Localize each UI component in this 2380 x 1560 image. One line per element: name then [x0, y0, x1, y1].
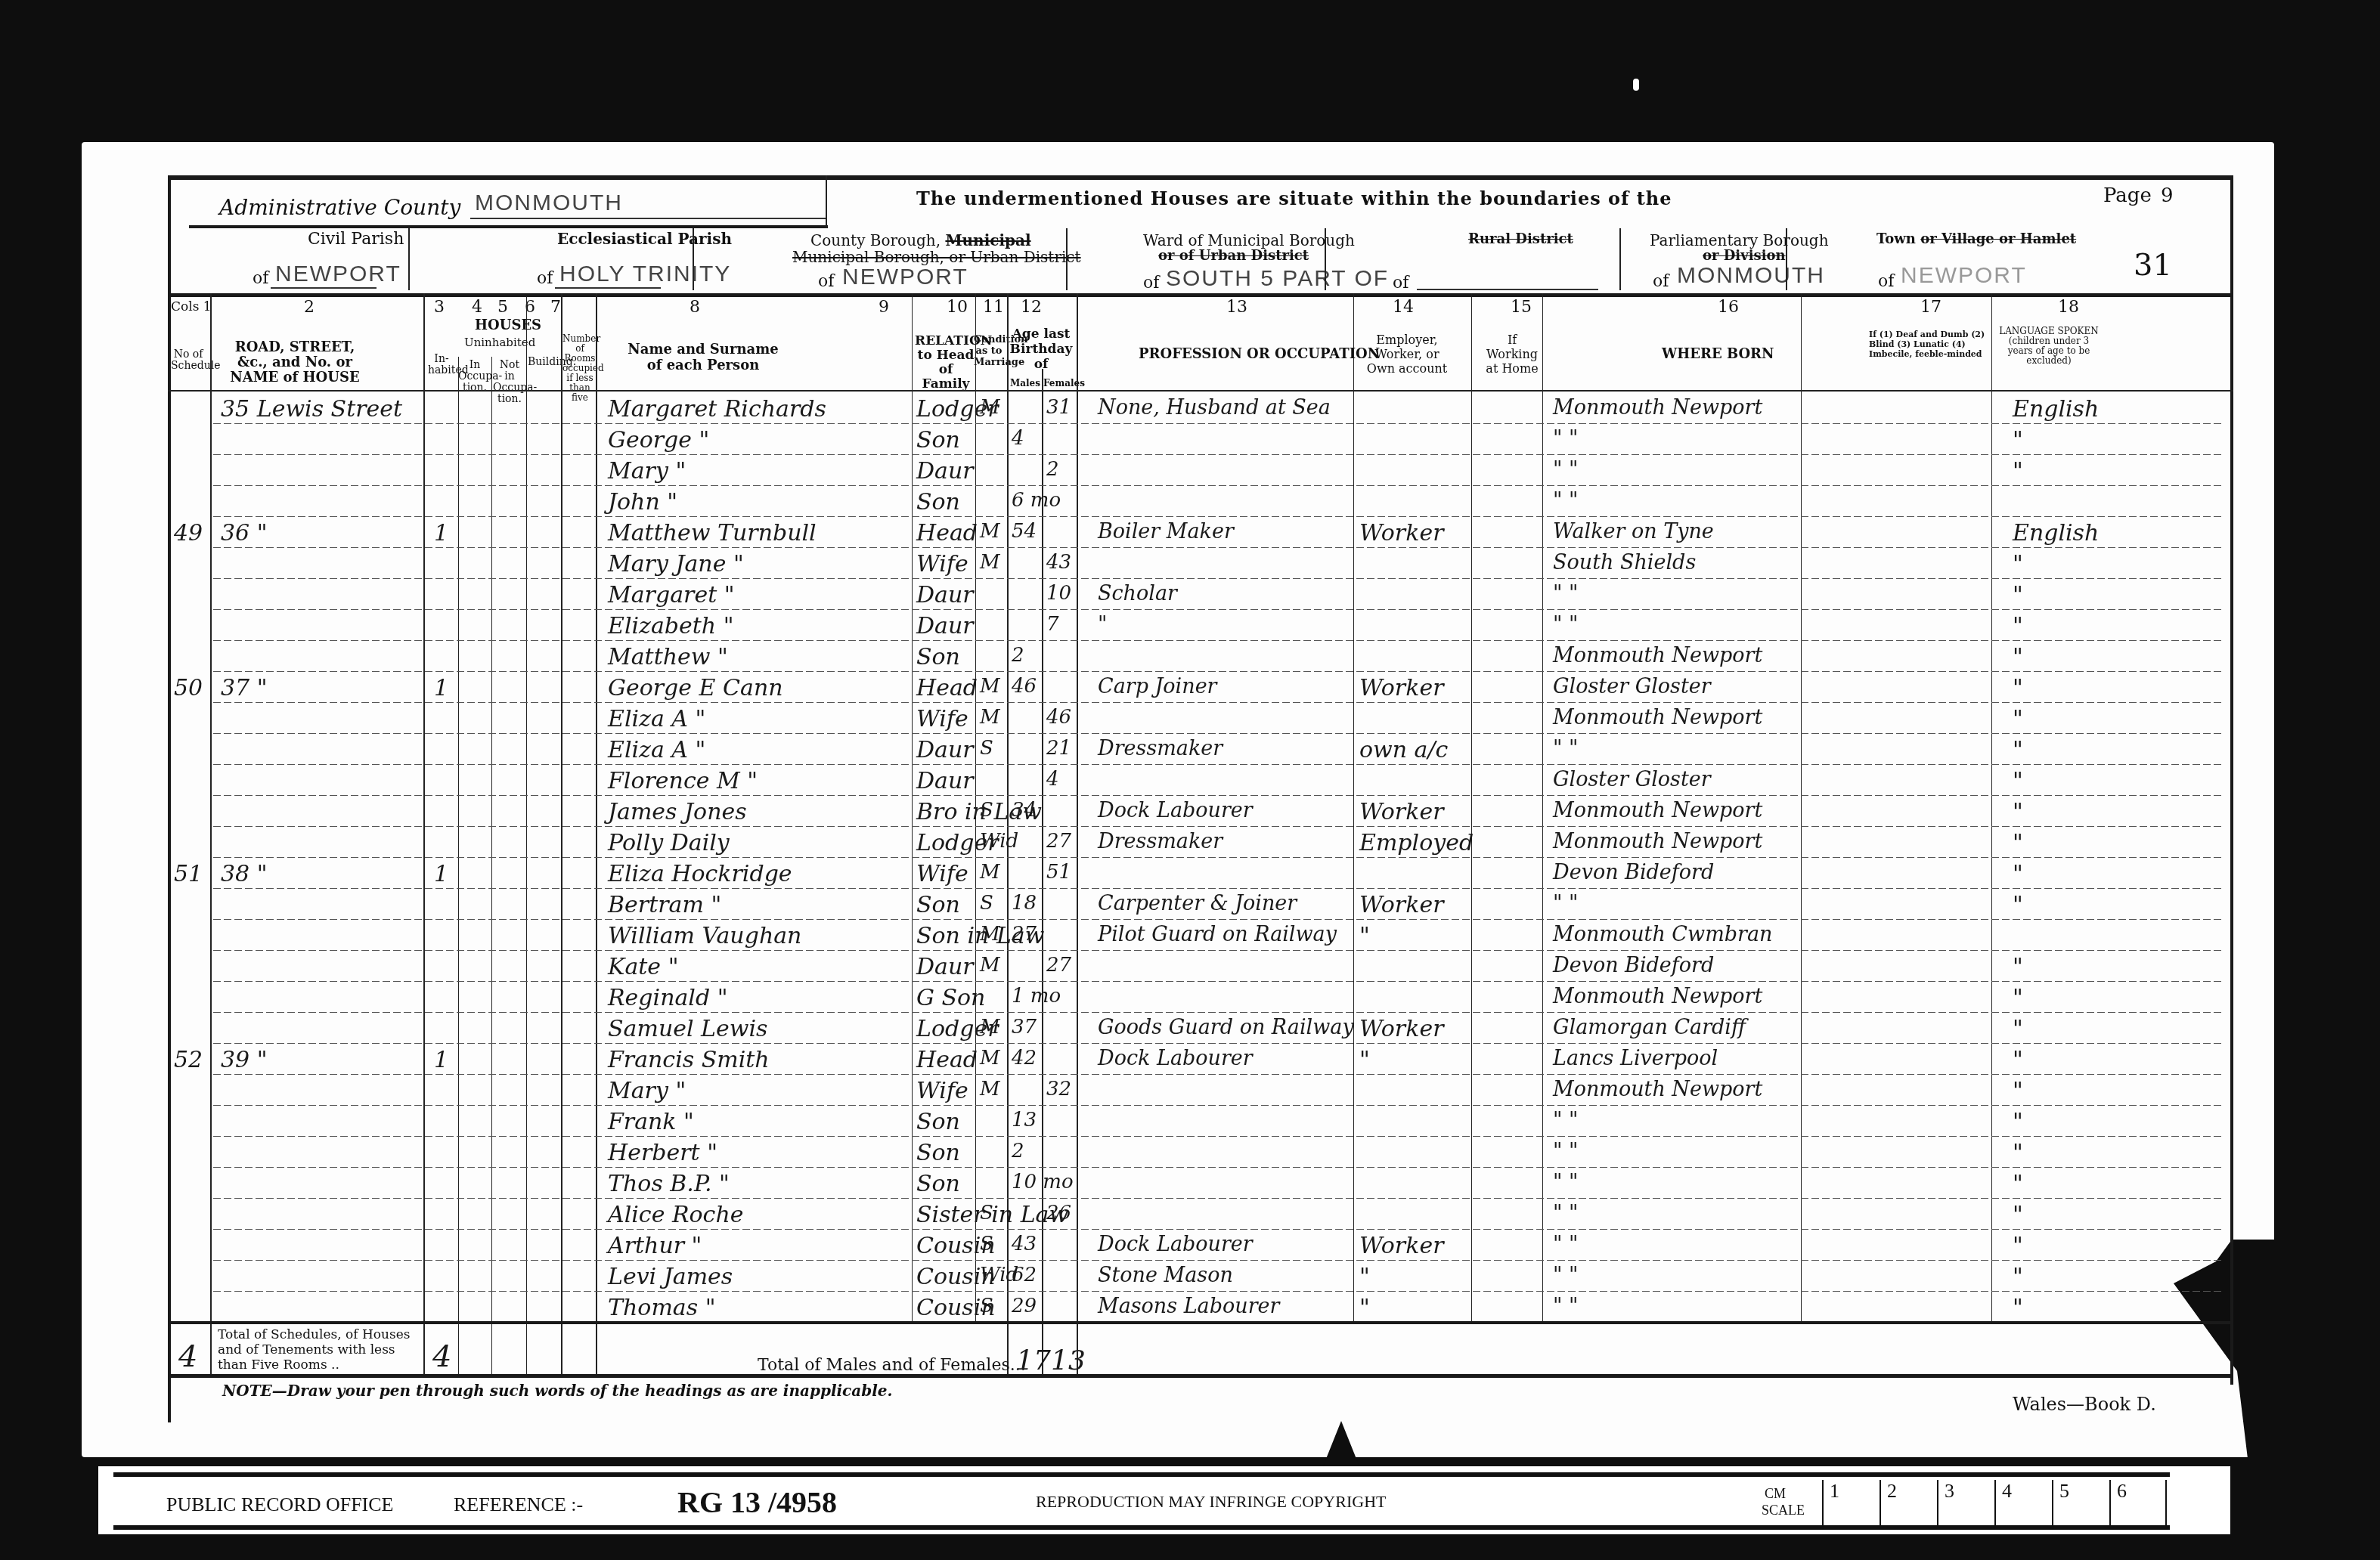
person-name: Thomas " — [608, 1295, 715, 1321]
relation: G Son — [916, 985, 985, 1011]
table-row: Bertram "SonS18Carpenter & JoinerWorker"… — [168, 889, 2233, 920]
ward-label: Ward of Municipal Borough — [1143, 231, 1355, 249]
birthplace: " " — [1553, 427, 1578, 450]
relation: Son — [916, 1171, 960, 1197]
relation: Son — [916, 489, 960, 515]
col-age-header: Age last Birthday of — [1007, 327, 1075, 372]
census-form: Administrative County MONMOUTH The under… — [168, 175, 2233, 1422]
inhabited-count: 1 — [434, 1047, 448, 1073]
language: " — [2013, 551, 2023, 577]
birthplace: Monmouth Newport — [1553, 706, 1762, 729]
admin-county-value: MONMOUTH — [475, 190, 623, 216]
language: English — [2013, 396, 2099, 422]
table-row: Samuel LewisLodgerM37Goods Guard on Rail… — [168, 1013, 2233, 1044]
ward-value: SOUTH 5 PART OF — [1166, 266, 1389, 292]
relation: Wife — [916, 861, 968, 887]
occupation: Dressmaker — [1098, 830, 1223, 853]
birthplace: Monmouth Newport — [1553, 1078, 1762, 1101]
male-age: 13 — [1012, 1109, 1037, 1131]
female-age: 21 — [1046, 737, 1071, 760]
person-name: Polly Daily — [608, 830, 730, 856]
table-row: James JonesBro in LawS34Dock LabourerWor… — [168, 796, 2233, 827]
birthplace: " " — [1553, 1295, 1578, 1318]
marital-condition: M — [980, 1016, 1000, 1038]
language: " — [2013, 954, 2023, 980]
table-row: Thomas "CousinS29Masons Labourer"" "" — [168, 1292, 2233, 1323]
birthplace: " " — [1553, 1233, 1578, 1256]
female-age: 26 — [1046, 1202, 1071, 1224]
col-address-header: ROAD, STREET, &c., and No. or NAME of HO… — [221, 340, 369, 385]
person-name: Eliza Hockridge — [608, 861, 792, 887]
male-age: 42 — [1012, 1047, 1037, 1069]
col-employment-header: Employer, Worker, or Own account — [1365, 333, 1449, 376]
marital-condition: M — [980, 675, 1000, 698]
birthplace: Monmouth Newport — [1553, 396, 1762, 419]
person-name: Eliza A " — [608, 737, 705, 763]
table-row: Arthur "CousinS43Dock LabourerWorker" "" — [168, 1230, 2233, 1261]
person-name: George E Cann — [608, 675, 783, 701]
table-row: Eliza A "WifeM46Monmouth Newport" — [168, 703, 2233, 734]
rural-district-label: Rural District — [1468, 231, 1573, 247]
person-name: James Jones — [608, 799, 747, 825]
birthplace: " " — [1553, 489, 1578, 512]
employment-status: Worker — [1359, 1233, 1443, 1259]
occupation: Dock Labourer — [1098, 1233, 1253, 1256]
male-age: 34 — [1012, 799, 1037, 822]
person-name: Bertram " — [608, 892, 721, 918]
table-row: Thos B.P. "Son10 mo" "" — [168, 1168, 2233, 1199]
person-name: Francis Smith — [608, 1047, 770, 1073]
instruction-note: NOTE—Draw your pen through such words of… — [222, 1382, 893, 1400]
language: " — [2013, 675, 2023, 701]
scale-tick-5: 5 — [2052, 1480, 2109, 1525]
male-age: 27 — [1012, 923, 1037, 946]
relation: Daur — [916, 582, 974, 608]
employment-status: " — [1359, 1295, 1370, 1321]
female-age: 32 — [1046, 1078, 1071, 1100]
relation: Son — [916, 1109, 960, 1135]
language: " — [2013, 1078, 2023, 1104]
table-row: 5037 "1George E CannHeadM46Carp JoinerWo… — [168, 672, 2233, 703]
schedule-number: 49 — [174, 520, 203, 546]
occupation: Carpenter & Joiner — [1098, 892, 1297, 915]
scan-artifact — [1633, 79, 1639, 91]
female-age: 7 — [1046, 613, 1059, 636]
ecclesiastical-parish-value: HOLY TRINITY — [559, 262, 731, 287]
scale-tick-4: 4 — [1994, 1480, 2052, 1525]
birthplace: " " — [1553, 582, 1578, 605]
language: " — [2013, 1233, 2023, 1259]
inhabited-count: 1 — [434, 675, 448, 701]
table-row: Kate "DaurM27Devon Bideford" — [168, 951, 2233, 982]
marital-condition: M — [980, 520, 1000, 543]
female-age: 43 — [1046, 551, 1071, 574]
male-age: 18 — [1012, 892, 1037, 915]
birthplace: " " — [1553, 1202, 1578, 1225]
birthplace: " " — [1553, 1140, 1578, 1163]
table-row: Mary "WifeM32Monmouth Newport" — [168, 1075, 2233, 1106]
occupation: Stone Mason — [1098, 1264, 1233, 1287]
table-row: Polly DailyLodgerWid27DressmakerEmployed… — [168, 827, 2233, 858]
address: 36 " — [221, 520, 268, 546]
language: " — [2013, 1295, 2023, 1321]
employment-status: " — [1359, 923, 1370, 949]
scale-tick-3: 3 — [1937, 1480, 1994, 1525]
female-age: 27 — [1046, 954, 1071, 977]
col-houses-header: HOUSES — [475, 317, 541, 333]
person-name: Florence M " — [608, 768, 758, 794]
parliamentary-borough-label: Parliamentary Borough — [1650, 231, 1829, 249]
table-row: Levi JamesCousinWid62Stone Mason"" "" — [168, 1261, 2233, 1292]
birthplace: Gloster Gloster — [1553, 675, 1711, 698]
marital-condition: M — [980, 1047, 1000, 1069]
schedule-number: 50 — [174, 675, 203, 701]
relation: Wife — [916, 551, 968, 577]
birthplace: Gloster Gloster — [1553, 768, 1711, 791]
inhabited-count: 1 — [434, 861, 448, 887]
male-age: 2 — [1012, 644, 1024, 667]
female-age: 27 — [1046, 830, 1071, 853]
male-age: 62 — [1012, 1264, 1037, 1286]
birthplace: Monmouth Newport — [1553, 830, 1762, 853]
person-name: Levi James — [608, 1264, 733, 1290]
person-name: Mary " — [608, 1078, 686, 1104]
person-name: Matthew " — [608, 644, 728, 670]
females-total: 13 — [1051, 1345, 1086, 1376]
language: " — [2013, 830, 2023, 856]
employment-status: Worker — [1359, 892, 1443, 918]
person-name: Kate " — [608, 954, 678, 980]
person-name: Alice Roche — [608, 1202, 743, 1228]
marital-condition: M — [980, 706, 1000, 729]
town-label: Town or Village or Hamlet — [1876, 231, 2076, 247]
person-name: Margaret " — [608, 582, 735, 608]
col-born-header: WHERE BORN — [1662, 346, 1774, 362]
scale-tick-1: 1 — [1822, 1480, 1880, 1525]
occupation: Pilot Guard on Railway — [1098, 923, 1337, 946]
relation: Daur — [916, 768, 974, 794]
birthplace: " " — [1553, 892, 1578, 915]
parliamentary-borough-value: MONMOUTH — [1677, 263, 1825, 289]
relation: Son — [916, 892, 960, 918]
male-age: 43 — [1012, 1233, 1037, 1255]
intro-text: The undermentioned Houses are situate wi… — [916, 187, 1672, 209]
book-label: Wales—Book D. — [2013, 1394, 2156, 1415]
male-age: 29 — [1012, 1295, 1037, 1317]
table-row: 4936 "1Matthew TurnbullHeadM54Boiler Mak… — [168, 517, 2233, 548]
relation: Daur — [916, 954, 974, 980]
person-name: Herbert " — [608, 1140, 717, 1166]
town-value: NEWPORT — [1901, 263, 2027, 289]
person-name: Samuel Lewis — [608, 1016, 767, 1042]
birthplace: Glamorgan Cardiff — [1553, 1016, 1746, 1039]
male-age: 6 mo — [1012, 489, 1061, 512]
birthplace: Devon Bideford — [1553, 954, 1714, 977]
language: " — [2013, 892, 2023, 918]
relation: Head — [916, 1047, 978, 1073]
birthplace: Lancs Liverpool — [1553, 1047, 1718, 1070]
males-total: 17 — [1016, 1345, 1051, 1376]
ecclesiastical-parish-label: Ecclesiastical Parish — [557, 230, 732, 248]
birthplace: " " — [1553, 613, 1578, 636]
relation: Daur — [916, 613, 974, 639]
occupation: Dock Labourer — [1098, 1047, 1253, 1070]
language: " — [2013, 799, 2023, 825]
copyright-notice: REPRODUCTION MAY INFRINGE COPYRIGHT — [1036, 1492, 1386, 1512]
language: " — [2013, 1202, 2023, 1228]
birthplace: Monmouth Newport — [1553, 644, 1762, 667]
language: " — [2013, 737, 2023, 763]
schedule-number: 52 — [174, 1047, 203, 1073]
marital-condition: S — [980, 737, 993, 760]
table-row: 35 Lewis StreetMargaret RichardsLodgerM3… — [168, 393, 2233, 424]
marital-condition: M — [980, 396, 1000, 419]
language: " — [2013, 613, 2023, 639]
marital-condition: M — [980, 551, 1000, 574]
col-condition-header: Condition as to Marriage — [974, 334, 1004, 368]
employment-status: Employed — [1359, 830, 1474, 856]
employment-status: Worker — [1359, 1016, 1443, 1042]
relation: Head — [916, 675, 978, 701]
language: " — [2013, 1171, 2023, 1197]
table-row: Matthew "Son2Monmouth Newport" — [168, 641, 2233, 672]
civil-parish-value: NEWPORT — [275, 262, 401, 287]
schedules-total: 4 — [178, 1339, 197, 1374]
col-relation-header: RELATION to Head of Family — [915, 334, 977, 392]
person-name: Frank " — [608, 1109, 694, 1135]
person-name: Arthur " — [608, 1233, 702, 1259]
table-row: Florence M "Daur4Gloster Gloster" — [168, 765, 2233, 796]
birthplace: " " — [1553, 737, 1578, 760]
person-name: Margaret Richards — [608, 396, 826, 422]
table-row: Mary Jane "WifeM43South Shields" — [168, 548, 2233, 579]
language: " — [2013, 861, 2023, 887]
language: " — [2013, 1140, 2023, 1166]
language: " — [2013, 458, 2023, 484]
language: " — [2013, 985, 2023, 1011]
address: 37 " — [221, 675, 268, 701]
record-office-label: PUBLIC RECORD OFFICE — [166, 1493, 394, 1516]
admin-county-label: Administrative County — [219, 195, 460, 220]
occupation: Dressmaker — [1098, 737, 1223, 760]
male-age: 1 mo — [1012, 985, 1061, 1007]
table-row: Mary "Daur2" "" — [168, 455, 2233, 486]
person-name: Thos B.P. " — [608, 1171, 730, 1197]
marital-condition: S — [980, 892, 993, 915]
col-infirmity-header: If (1) Deaf and Dumb (2) Blind (3) Lunat… — [1869, 330, 2005, 359]
inhabited-count: 1 — [434, 520, 448, 546]
marital-condition: S — [980, 799, 993, 822]
employment-status: Worker — [1359, 520, 1443, 546]
person-name: George " — [608, 427, 709, 453]
person-name: Mary " — [608, 458, 686, 484]
birthplace: " " — [1553, 1171, 1578, 1194]
page-number: 9 — [2161, 184, 2174, 207]
marital-condition: S — [980, 1233, 993, 1255]
occupation: Boiler Maker — [1098, 520, 1234, 543]
birthplace: South Shields — [1553, 551, 1696, 574]
person-name: Reginald " — [608, 985, 727, 1011]
col-schedule-header: No of Schedule — [171, 349, 206, 372]
female-age: 31 — [1046, 396, 1071, 419]
table-row: Eliza A "DaurS21Dressmakerown a/c" "" — [168, 734, 2233, 765]
table-row: Margaret "Daur10Scholar" "" — [168, 579, 2233, 610]
table-row: Herbert "Son2" "" — [168, 1137, 2233, 1168]
relation: Wife — [916, 706, 968, 732]
birthplace: Monmouth Newport — [1553, 799, 1762, 822]
marital-condition: M — [980, 954, 1000, 977]
civil-parish-label: Civil Parish — [308, 230, 404, 249]
birthplace: Walker on Tyne — [1553, 520, 1714, 543]
language: " — [2013, 706, 2023, 732]
marital-condition: S — [980, 1295, 993, 1317]
table-row: George "Son4" "" — [168, 424, 2233, 455]
occupation: Goods Guard on Railway — [1098, 1016, 1354, 1039]
person-name: John " — [608, 489, 677, 515]
occupation: None, Husband at Sea — [1098, 396, 1331, 419]
table-row: John "Son6 mo" " — [168, 486, 2233, 517]
relation: Head — [916, 520, 978, 546]
language: " — [2013, 1016, 2023, 1042]
employment-status: " — [1359, 1047, 1370, 1073]
birthplace: Devon Bideford — [1553, 861, 1714, 884]
male-age: 4 — [1012, 427, 1024, 450]
marital-condition: M — [980, 923, 1000, 946]
person-name: Eliza A " — [608, 706, 705, 732]
employment-status: Worker — [1359, 799, 1443, 825]
page-label: Page — [2103, 184, 2152, 207]
schedule-number: 51 — [174, 861, 203, 887]
language: " — [2013, 427, 2023, 453]
col-name-header: Name and Surname of each Person — [620, 342, 786, 373]
occupation: Dock Labourer — [1098, 799, 1253, 822]
language: English — [2013, 520, 2099, 546]
birthplace: Monmouth Cwmbran — [1553, 923, 1772, 946]
schedules-total-label: Total of Schedules, of Houses and of Ten… — [218, 1327, 416, 1373]
male-age: 46 — [1012, 675, 1037, 698]
marital-condition: Wid — [980, 830, 1018, 853]
language: " — [2013, 1264, 2023, 1290]
reference-label: REFERENCE :- — [454, 1493, 583, 1516]
female-age: 51 — [1046, 861, 1071, 884]
occupation: " — [1098, 613, 1107, 636]
marital-condition: S — [980, 1202, 993, 1224]
male-age: 37 — [1012, 1016, 1037, 1038]
birthplace: Monmouth Newport — [1553, 985, 1762, 1008]
relation: Son — [916, 1140, 960, 1166]
table-row: Alice RocheSister in LawS26" "" — [168, 1199, 2233, 1230]
address: 38 " — [221, 861, 268, 887]
language: " — [2013, 582, 2023, 608]
relation: Wife — [916, 1078, 968, 1104]
reference-value: RG 13 /4958 — [677, 1484, 837, 1520]
person-name: Matthew Turnbull — [608, 520, 817, 546]
table-row: 5138 "1Eliza HockridgeWifeM51Devon Bidef… — [168, 858, 2233, 889]
male-age: 54 — [1012, 520, 1037, 543]
person-name: William Vaughan — [608, 923, 801, 949]
employment-status: own a/c — [1359, 737, 1448, 763]
houses-total: 4 — [432, 1339, 451, 1374]
female-age: 46 — [1046, 706, 1071, 729]
county-borough-value: NEWPORT — [842, 265, 968, 290]
relation: Son — [916, 644, 960, 670]
males-females-total-label: Total of Males and of Females... — [758, 1356, 1026, 1375]
occupation: Carp Joiner — [1098, 675, 1217, 698]
person-name: Mary Jane " — [608, 551, 744, 577]
language: " — [2013, 1109, 2023, 1135]
scale-tick-6: 6 — [2109, 1480, 2167, 1525]
employment-status: Worker — [1359, 675, 1443, 701]
col-occupation-header: PROFESSION OR OCCUPATION — [1139, 346, 1380, 362]
table-row: Frank "Son13" "" — [168, 1106, 2233, 1137]
male-age: 2 — [1012, 1140, 1024, 1162]
occupation: Scholar — [1098, 582, 1177, 605]
address: 39 " — [221, 1047, 268, 1073]
address: 35 Lewis Street — [221, 396, 402, 422]
cm-scale-label: SCALE — [1762, 1503, 1805, 1518]
table-row: Elizabeth "Daur7"" "" — [168, 610, 2233, 641]
birthplace: " " — [1553, 458, 1578, 481]
language: " — [2013, 768, 2023, 794]
table-row: William VaughanSon in LawM27Pilot Guard … — [168, 920, 2233, 951]
marital-condition: M — [980, 861, 1000, 884]
person-name: Elizabeth " — [608, 613, 733, 639]
occupation: Masons Labourer — [1098, 1295, 1279, 1318]
birthplace: " " — [1553, 1264, 1578, 1287]
language: " — [2013, 1047, 2023, 1073]
female-age: 4 — [1046, 768, 1059, 791]
birthplace: " " — [1553, 1109, 1578, 1132]
col-home-header: If Working at Home — [1483, 333, 1541, 376]
relation: Son — [916, 427, 960, 453]
female-age: 10 — [1046, 582, 1071, 605]
employment-status: " — [1359, 1264, 1370, 1290]
scale-tick-2: 2 — [1880, 1480, 1937, 1525]
county-borough-label: County Borough, Municipal — [810, 231, 1031, 249]
male-age: 10 mo — [1012, 1171, 1074, 1193]
table-row: 5239 "1Francis SmithHeadM42Dock Labourer… — [168, 1044, 2233, 1075]
relation: Daur — [916, 458, 974, 484]
relation: Daur — [916, 737, 974, 763]
language: " — [2013, 644, 2023, 670]
female-age: 2 — [1046, 458, 1059, 481]
sheet-number: 31 — [2134, 248, 2172, 283]
table-row: Reginald "G Son1 moMonmouth Newport" — [168, 982, 2233, 1013]
reference-strip: PUBLIC RECORD OFFICE REFERENCE :- RG 13 … — [98, 1466, 2230, 1534]
col-language-header: LANGUAGE SPOKEN (children under 3 years … — [1996, 327, 2102, 366]
marital-condition: M — [980, 1078, 1000, 1100]
